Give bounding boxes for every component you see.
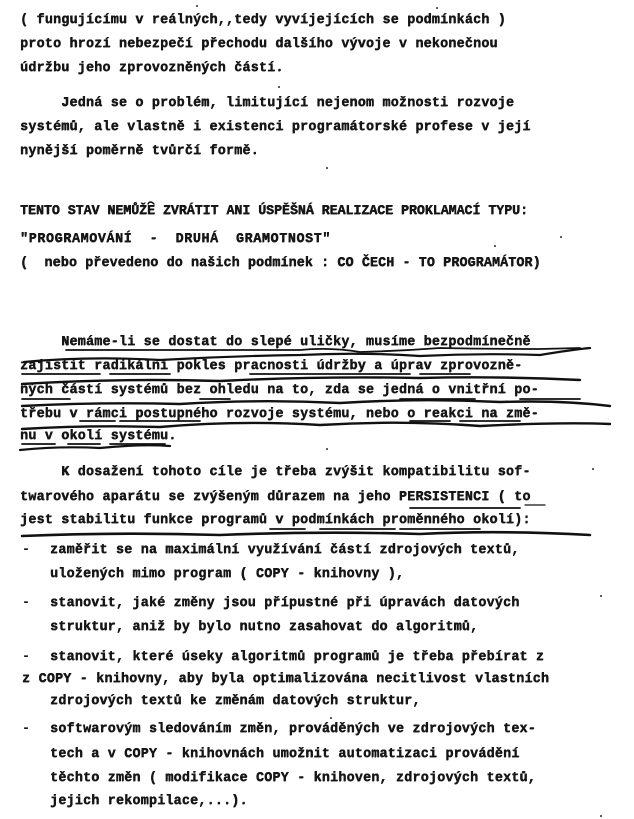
scan-speck <box>592 468 594 470</box>
text-line: nynější poměrně tvůrčí formě. <box>20 144 259 160</box>
text-line: K dosažení tohoto cíle je třeba zvýšit k… <box>20 465 531 481</box>
scan-speck <box>326 167 328 169</box>
dash-bullet-icon: - <box>22 650 30 666</box>
text-line: údržbu jeho zprovozněných částí. <box>20 61 284 77</box>
scan-speck <box>278 86 280 88</box>
scan-speck <box>330 717 332 719</box>
text-line: nu v okolí systému. <box>20 429 176 445</box>
text-line: stanovit, které úseky algoritmů programů… <box>50 650 544 666</box>
scan-speck <box>494 245 496 247</box>
text-line: z COPY - knihovny, aby byla optimalizová… <box>22 672 549 688</box>
text-line: twarového aparátu se zvýšeným důrazem na… <box>20 490 531 506</box>
scan-speck <box>436 7 438 9</box>
text-line: zaměřit se na maximální využívání částí … <box>50 543 519 559</box>
scan-speck <box>196 5 198 7</box>
text-line: uložených mimo program ( COPY - knihovny… <box>50 567 404 583</box>
scan-speck <box>560 236 562 238</box>
text-line: proto hrozí nebezpečí přechodu dalšího v… <box>20 37 498 53</box>
wavy-underline-stroke <box>22 532 590 536</box>
scan-speck <box>600 815 602 817</box>
scan-speck <box>326 448 328 450</box>
text-line: ných částí systémů bez ohledu na to, zda… <box>20 383 539 399</box>
wavy-underline-stroke <box>22 400 610 406</box>
text-line: třebu v rámci postupného rozvoje systému… <box>20 407 539 423</box>
text-line: Nemáme-li se dostat do slepé uličky, mus… <box>20 335 531 351</box>
text-line: jejich rekompilace,...). <box>50 794 248 810</box>
heading-slogan: "PROGRAMOVÁNÍ - DRUHÁ GRAMOTNOST" <box>20 232 331 248</box>
dash-bullet-icon: - <box>22 722 30 738</box>
text-line: tech a v COPY - knihovnách umožnit autom… <box>50 747 519 763</box>
text-line: struktur, aniž by bylo nutno zasahovat d… <box>50 620 478 636</box>
text-line: zdrojových textů ke změnám datových stru… <box>50 694 421 710</box>
text-line: těchto změn ( modifikace COPY - knihoven… <box>50 771 536 787</box>
heading-note: ( nebo převedeno do našich podmínek : CO… <box>20 256 541 272</box>
text-line: zajistit radikální pokles pracnosti údrž… <box>20 359 522 375</box>
dash-bullet-icon: - <box>22 596 30 612</box>
scan-speck <box>600 595 602 597</box>
text-line: jest stabilitu funkce programů v podmínk… <box>20 513 531 529</box>
text-line: Jedná se o problém, limitující nejenom m… <box>20 96 514 112</box>
text-line: systémů, ale vlastně i existenci program… <box>20 120 531 136</box>
heading-line: TENTO STAV NEMŮŽE ZVRÁTIT ANI ÚSPĚŠNÁ RE… <box>20 204 528 220</box>
text-line: stanovit, jaké změny jsou přípustné při … <box>50 596 519 612</box>
wavy-underline-stroke <box>20 445 170 450</box>
text-line: softwarovým sledováním změn, prováděných… <box>50 722 536 738</box>
dash-bullet-icon: - <box>22 543 30 559</box>
text-line: ( fungujícímu v reálných,,tedy vyvíjejíc… <box>20 13 506 29</box>
